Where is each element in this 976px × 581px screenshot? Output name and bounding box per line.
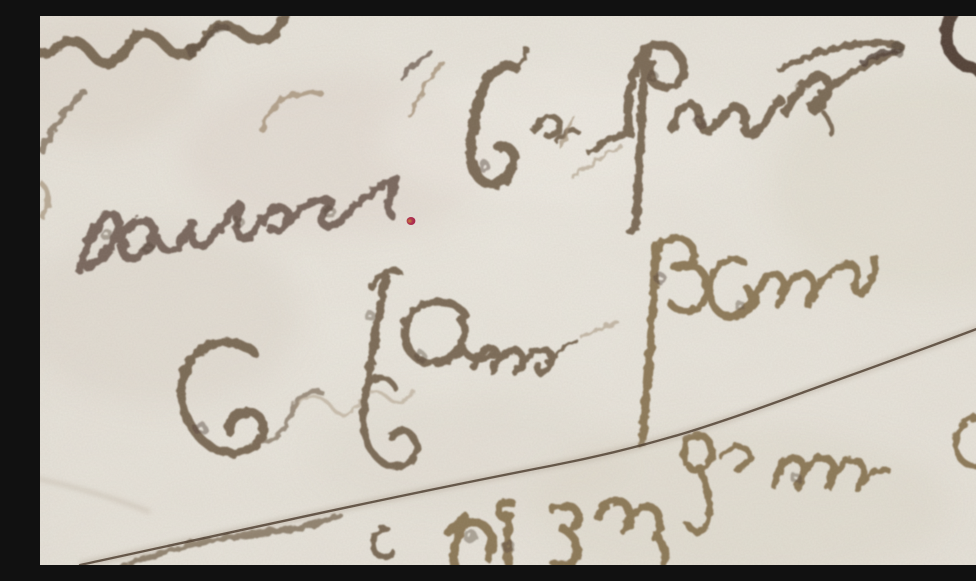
manuscript-photo-svg xyxy=(40,16,976,565)
manuscript-photo xyxy=(40,16,976,565)
photo-grain-overlay xyxy=(40,16,976,565)
